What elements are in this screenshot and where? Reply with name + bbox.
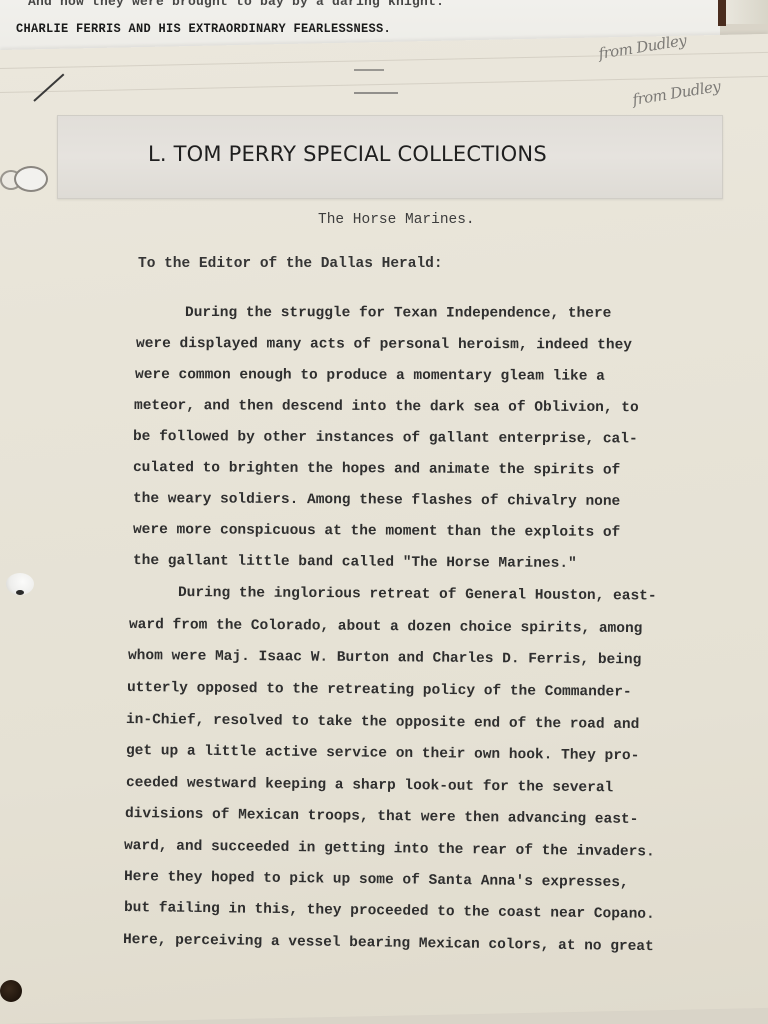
body-line: During the struggle for Texan Independen…: [185, 305, 611, 322]
body-line: culated to brighten the hopes and animat…: [133, 460, 620, 479]
body-line: were displayed many acts of personal her…: [136, 336, 632, 354]
body-line: whom were Maj. Isaac W. Burton and Charl…: [128, 648, 642, 668]
body-line: but failing in this, they proceeded to t…: [124, 900, 655, 923]
body-line: in-Chief, resolved to take the opposite …: [126, 712, 640, 733]
body-line: ceeded westward keeping a sharp look-out…: [126, 775, 613, 796]
body-line: Here they hoped to pick up some of Santa…: [124, 869, 629, 891]
body-line: utterly opposed to the retreating policy…: [127, 680, 632, 701]
body-line: meteor, and then descend into the dark s…: [134, 398, 639, 416]
document-title: The Horse Marines.: [318, 212, 475, 228]
typed-document: The Horse Marines. To the Editor of the …: [0, 0, 768, 1024]
body-line: be followed by other instances of gallan…: [133, 429, 638, 447]
body-line: ward from the Colorado, about a dozen ch…: [129, 617, 643, 637]
body-line: During the inglorious retreat of General…: [178, 585, 657, 605]
body-line: get up a little active service on their …: [126, 743, 640, 764]
body-line: Here, perceiving a vessel bearing Mexica…: [123, 932, 654, 955]
body-line: ward, and succeeded in getting into the …: [124, 838, 655, 860]
body-line: the weary soldiers. Among these flashes …: [133, 491, 620, 510]
body-line: were more conspicuous at the moment than…: [133, 522, 620, 541]
body-line: were common enough to produce a momentar…: [135, 367, 605, 385]
salutation: To the Editor of the Dallas Herald:: [138, 256, 443, 272]
body-line: the gallant little band called "The Hors…: [133, 553, 577, 572]
body-line: divisions of Mexican troops, that were t…: [125, 806, 639, 828]
